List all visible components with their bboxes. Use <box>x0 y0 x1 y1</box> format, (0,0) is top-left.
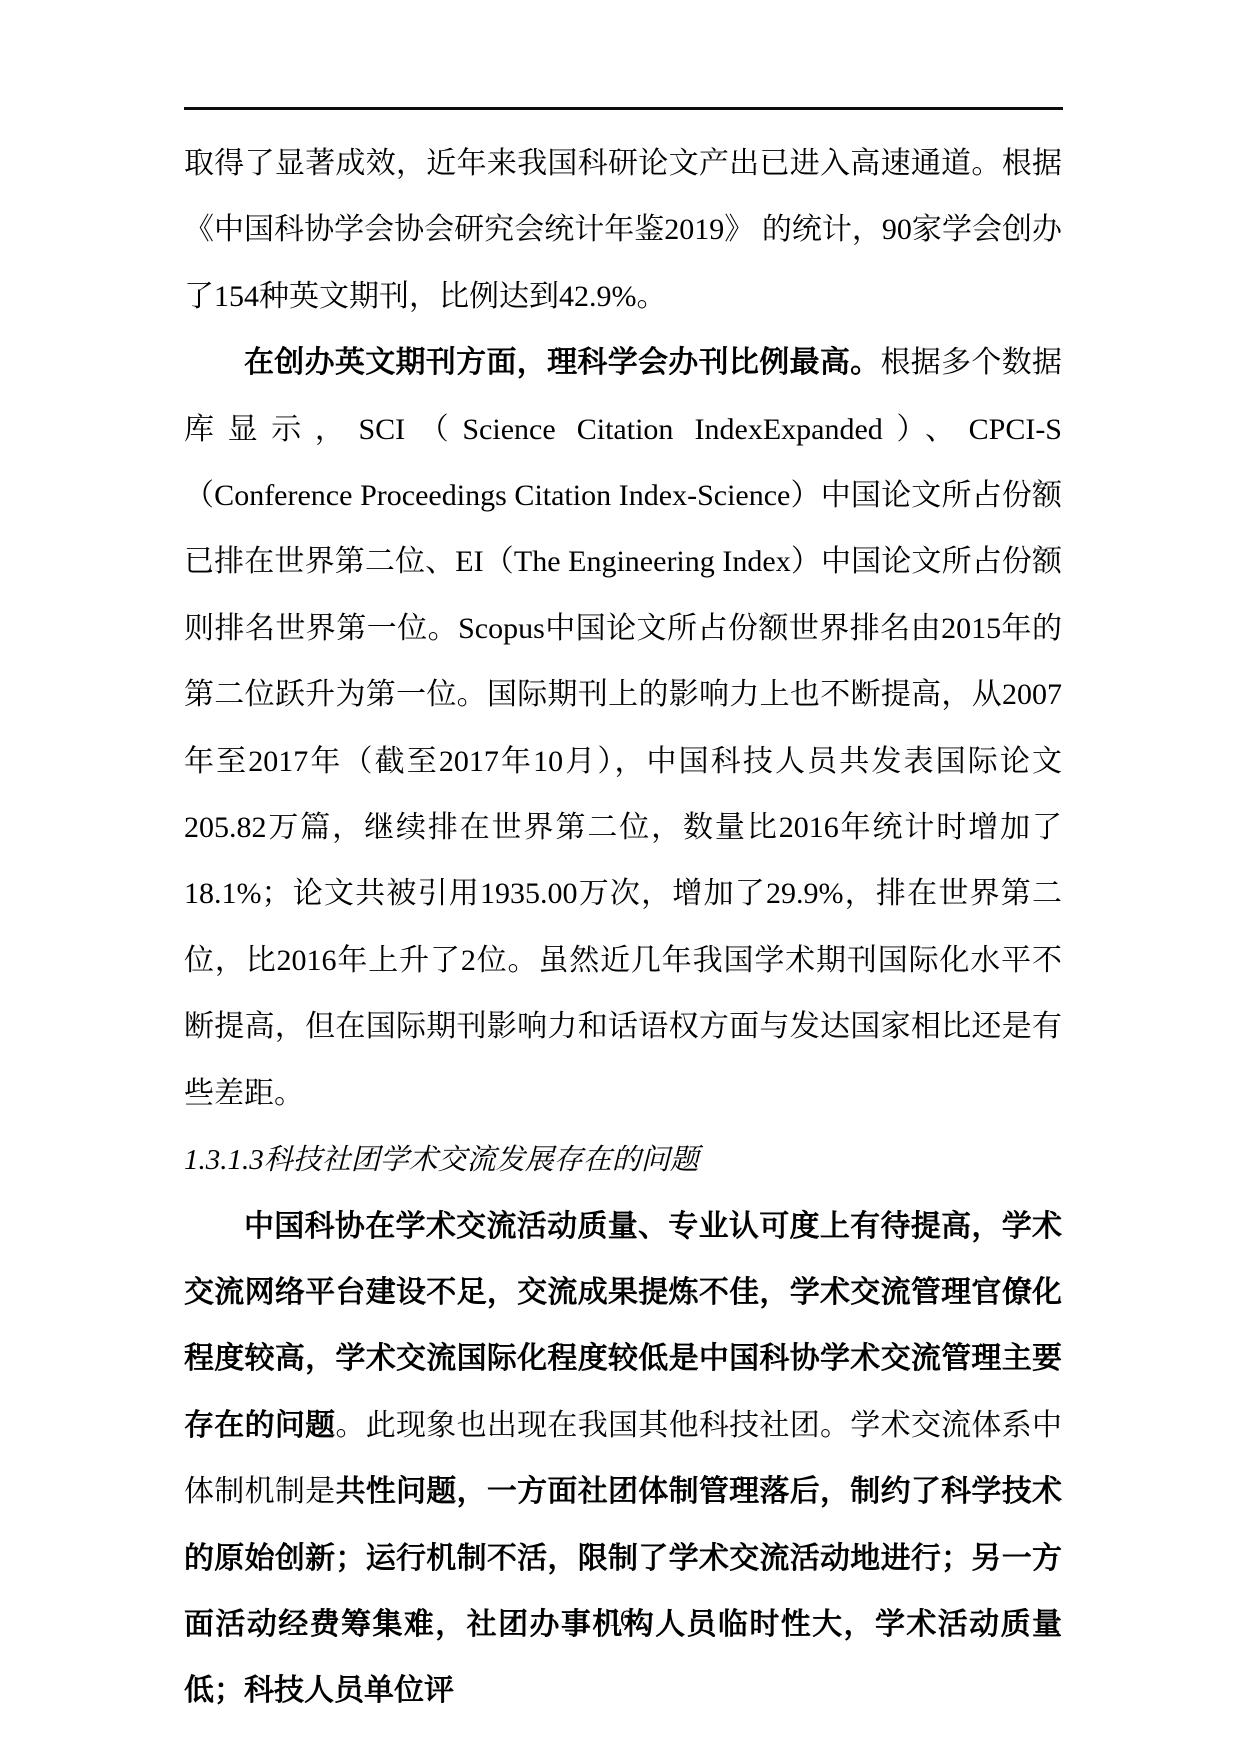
document-page: 取得了显著成效，近年来我国科研论文产出已进入高速通道。根据《中国科协学会协会研究… <box>0 0 1240 1753</box>
header-rule <box>184 107 1063 110</box>
page-number: 16 <box>609 1606 632 1631</box>
paragraph-journal-stats: 取得了显著成效，近年来我国科研论文产出已进入高速通道。根据《中国科协学会协会研究… <box>184 131 1062 330</box>
text-run: 1.3.1.3科技社团学术交流发展存在的问题 <box>184 1144 699 1176</box>
paragraph-english-journals: 在创办英文期刊方面，理科学会办刊比例最高。根据多个数据库显示，SCI（Scien… <box>184 330 1062 1127</box>
text-run: 在创办英文期刊方面，理科学会办刊比例最高。 <box>244 346 880 379</box>
text-run: 中国科协在学术交流活动质量、专业认可度上有待提高，学术交流网络平台建设不足，交流… <box>184 1210 1062 1442</box>
text-run: 取得了显著成效，近年来我国科研论文产出已进入高速通道。根据《中国科协学会协会研究… <box>184 147 1062 313</box>
section-heading-1-3-1-3: 1.3.1.3科技社团学术交流发展存在的问题 <box>184 1127 1062 1193</box>
document-body: 取得了显著成效，近年来我国科研论文产出已进入高速通道。根据《中国科协学会协会研究… <box>184 131 1062 1725</box>
text-run: 根据多个数据库显示，SCI（Science Citation IndexExpa… <box>184 346 1062 1109</box>
text-run: 共性问题，一方面社团体制管理落后，制约了科学技术的原始创新；运行机制不活，限制了… <box>184 1475 1062 1707</box>
page-footer: 16 <box>0 1606 1240 1632</box>
paragraph-problems: 中国科协在学术交流活动质量、专业认可度上有待提高，学术交流网络平台建设不足，交流… <box>184 1194 1062 1725</box>
